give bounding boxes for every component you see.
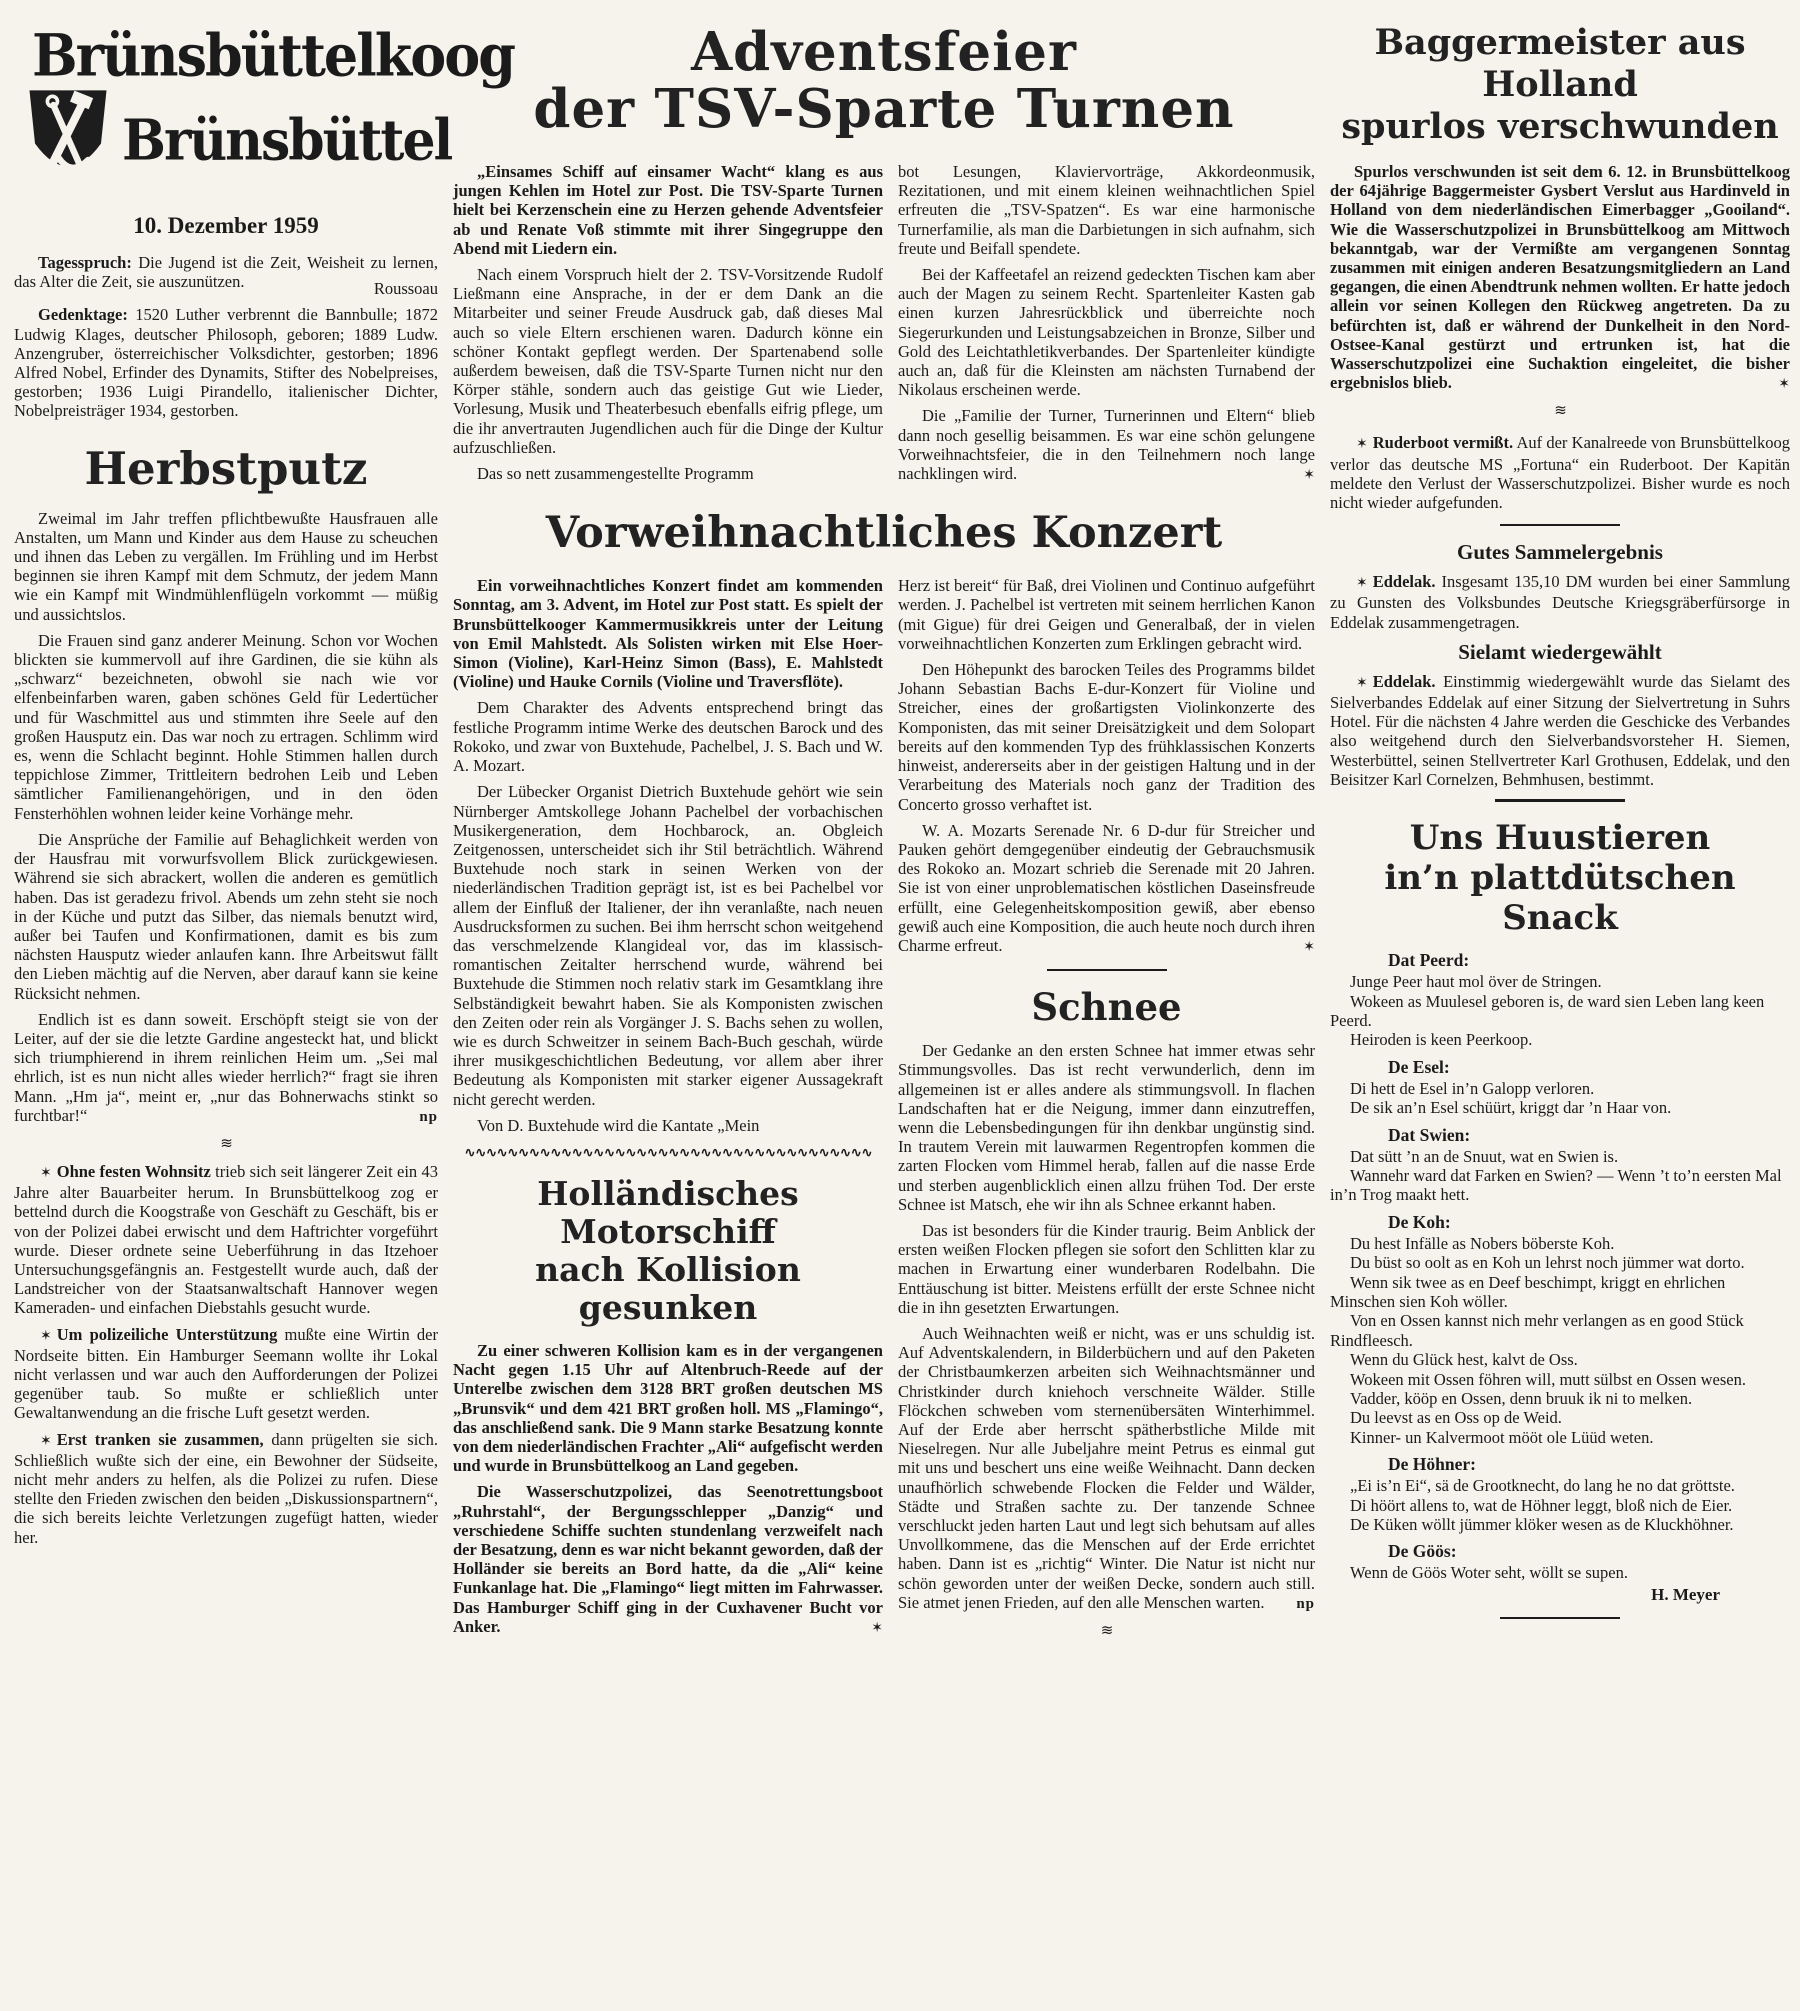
right-column: Baggermeister aus Holland spurlos versch…: [1330, 16, 1790, 2011]
plattdeutsch-line: Wenn sik twee as en Deef beschimpt, krig…: [1330, 1273, 1790, 1312]
adventsfeier-lead: „Einsames Schiff auf einsamer Wacht“ kla…: [453, 162, 883, 258]
sammelergebnis-headline: Gutes Sammelergebnis: [1330, 540, 1790, 564]
motorschiff-paragraph: Die Wasserschutzpolizei, das Seenotrettu…: [453, 1482, 883, 1636]
schnee-paragraph: Auch Weihnachten weiß er nicht, was er u…: [898, 1324, 1315, 1612]
konzert-paragraph: Den Höhepunkt des barocken Teiles des Pr…: [898, 660, 1315, 814]
note-lead: Erst tranken sie zusammen,: [57, 1430, 264, 1449]
news-note: ✶Ohne festen Wohnsitz trieb sich seit lä…: [14, 1162, 438, 1318]
note-lead: Ruderboot vermißt.: [1373, 433, 1513, 452]
squiggle-divider: ≋: [1330, 401, 1790, 419]
plattdeutsch-section: Dat Peerd: Junge Peer haut mol över de S…: [1330, 950, 1790, 1619]
note-lead: Eddelak.: [1373, 572, 1436, 591]
star-icon: ✶: [871, 1620, 883, 1636]
baggermeister-headline: Baggermeister aus Holland spurlos versch…: [1330, 22, 1790, 148]
sielamt-headline: Sielamt wiedergewählt: [1330, 640, 1790, 664]
star-icon: ✶: [1354, 575, 1373, 591]
sielamt-paragraph: ✶Eddelak. Einstimmig wiedergewählt wurde…: [1330, 672, 1790, 789]
plattdeutsch-subhead: De Göös:: [1330, 1541, 1790, 1561]
plattdeutsch-line: De sik an’n Esel schüürt, kriggt dar ’n …: [1330, 1098, 1790, 1117]
plattdeutsch-line: Du hest Infälle as Nobers böberste Koh.: [1330, 1234, 1790, 1253]
adventsfeier-paragraph: Das so nett zusammengestellte Programm: [453, 464, 883, 483]
konzert-paragraph: Herz ist bereit“ für Baß, drei Violinen …: [898, 576, 1315, 653]
ruderboot-note: ✶Ruderboot vermißt. Auf der Kanalreede v…: [1330, 433, 1790, 512]
article-end-star: ✶: [453, 1617, 883, 1638]
dateline: 10. Dezember 1959: [14, 213, 438, 239]
plattdeutsch-line: Von en Ossen kannst nich mehr verlangen …: [1330, 1311, 1790, 1350]
schnee-paragraph: Das ist besonders für die Kinder traurig…: [898, 1221, 1315, 1317]
schnee-paragraph: Der Gedanke an den ersten Schnee hat imm…: [898, 1041, 1315, 1214]
plattdeutsch-line: Du leevst as en Oss op de Weid.: [1330, 1408, 1790, 1427]
schnee-headline: Schnee: [898, 987, 1315, 1027]
plattdeutsch-subhead: De Koh:: [1330, 1212, 1790, 1232]
star-icon: ✶: [1778, 376, 1790, 392]
plattdeutsch-line: Dat sütt ’n an de Snuut, wat en Swien is…: [1330, 1147, 1790, 1166]
section-rule: [1495, 799, 1625, 802]
note-lead: Um polizeiliche Unterstützung: [57, 1325, 278, 1344]
konzert-and-below: Ein vorweihnachtliches Konzert findet am…: [453, 576, 1315, 1649]
star-icon: ✶: [38, 1328, 57, 1344]
adventsfeier-col-b: bot Lesungen, Klaviervorträge, Akkordeon…: [898, 162, 1315, 492]
plattdeutsch-line: Wokeen as Muulesel geboren is, de ward s…: [1330, 992, 1790, 1031]
konzert-paragraph: W. A. Mozarts Serenade Nr. 6 D-dur für S…: [898, 821, 1315, 955]
star-icon: ✶: [1354, 675, 1373, 691]
herbstputz-paragraph: Die Ansprüche der Familie auf Behaglichk…: [14, 830, 438, 1003]
konzert-col-a: Ein vorweihnachtliches Konzert findet am…: [453, 576, 883, 1649]
center-section: Adventsfeier der TSV-Sparte Turnen „Eins…: [453, 16, 1315, 2011]
konzert-headline: Vorweihnachtliches Konzert: [453, 510, 1315, 556]
star-icon: ✶: [38, 1165, 57, 1181]
crest-anchor-hammer-icon: [24, 86, 112, 195]
adventsfeier-paragraph: Nach einem Vorspruch hielt der 2. TSV-Vo…: [453, 265, 883, 457]
section-rule: [1500, 524, 1620, 526]
plattdeutsch-line: Junge Peer haut mol över de Stringen.: [1330, 972, 1790, 991]
plattdeutsch-line: Wenn du Glück hest, kalvt de Oss.: [1330, 1350, 1790, 1369]
star-icon: ✶: [1303, 467, 1315, 483]
star-icon: ✶: [1354, 436, 1373, 452]
note-lead: Ohne festen Wohnsitz: [57, 1162, 211, 1181]
squiggle-divider: ≋: [898, 1621, 1315, 1639]
adventsfeier-headline: Adventsfeier der TSV-Sparte Turnen: [453, 24, 1315, 138]
plattdeutsch-line: „Ei is’n Ei“, sä de Grootknecht, do lang…: [1330, 1476, 1790, 1495]
herbstputz-paragraph: Die Frauen sind ganz anderer Meinung. Sc…: [14, 631, 438, 823]
plattdeutsch-line: De Küken wöllt jümmer klöker wesen as de…: [1330, 1515, 1790, 1534]
plattdeutsch-line: Kinner- un Kalvermoot mööt ole Lüüd wete…: [1330, 1428, 1790, 1447]
plattdeutsch-line: Du büst so oolt as en Koh un lehrst noch…: [1330, 1253, 1790, 1272]
newspaper-page: Brünsbüttelkoog Brünsb: [0, 0, 1800, 2011]
motorschiff-paragraph: Zu einer schweren Kollision kam es in de…: [453, 1341, 883, 1475]
sammelergebnis-paragraph: ✶Eddelak. Insgesamt 135,10 DM wurden bei…: [1330, 572, 1790, 632]
konzert-paragraph: Der Lübecker Organist Dietrich Buxtehude…: [453, 782, 883, 1108]
konzert-paragraph: Von D. Buxtehude wird die Kantate „Mein: [453, 1116, 883, 1135]
masthead-title-line2: Brünsbüttel: [122, 112, 451, 168]
adventsfeier-paragraph: Bei der Kaffeetafel an reizend gedeckten…: [898, 265, 1315, 399]
huustieren-byline: H. Meyer: [1330, 1585, 1790, 1605]
plattdeutsch-subhead: Dat Peerd:: [1330, 950, 1790, 970]
adventsfeier-col-a: „Einsames Schiff auf einsamer Wacht“ kla…: [453, 162, 883, 492]
gedenktage: Gedenktage: 1520 Luther verbrennt die Ba…: [14, 305, 438, 420]
herbstputz-paragraph: Zweimal im Jahr treffen pflichtbewußte H…: [14, 509, 438, 624]
squiggle-divider: ≋: [14, 1134, 438, 1152]
plattdeutsch-line: Di hett de Esel in’n Galopp verloren.: [1330, 1079, 1790, 1098]
left-column: Brünsbüttelkoog Brünsb: [14, 16, 438, 2011]
konzert-col-b: Herz ist bereit“ für Baß, drei Violinen …: [898, 576, 1315, 1649]
news-note: ✶Um polizeiliche Unterstützung mußte ein…: [14, 1325, 438, 1423]
plattdeutsch-line: Vadder, kööp en Ossen, denn bruuk ik ni …: [1330, 1389, 1790, 1408]
plattdeutsch-line: Wenn de Göös Woter seht, wöllt se supen.: [1330, 1563, 1790, 1582]
note-lead: Eddelak.: [1373, 672, 1436, 691]
plattdeutsch-subhead: Dat Swien:: [1330, 1125, 1790, 1145]
gedenktage-label: Gedenktage:: [38, 305, 128, 324]
star-icon: ✶: [1303, 939, 1315, 955]
plattdeutsch-subhead: De Esel:: [1330, 1057, 1790, 1077]
section-rule: [1047, 969, 1167, 971]
huustieren-headline: Uns Huustieren in’n plattdütschen Snack: [1330, 818, 1790, 938]
star-icon: ✶: [38, 1433, 57, 1449]
konzert-lead: Ein vorweihnachtliches Konzert findet am…: [453, 576, 883, 691]
plattdeutsch-line: Heiroden is keen Peerkoop.: [1330, 1030, 1790, 1049]
plattdeutsch-line: Di höört allens to, wat de Höhner leggt,…: [1330, 1496, 1790, 1515]
tagesspruch-label: Tagesspruch:: [38, 253, 132, 272]
herbstputz-headline: Herbstputz: [14, 445, 438, 493]
motorschiff-headline: Holländisches Motorschiff nach Kollision…: [453, 1175, 883, 1327]
plattdeutsch-line: Wokeen mit Ossen föhren will, mutt sülbs…: [1330, 1370, 1790, 1389]
rope-divider: ∿∿∿∿∿∿∿∿∿∿∿∿∿∿∿∿∿∿∿∿∿∿∿∿∿∿∿∿∿∿∿∿∿∿∿∿∿∿: [453, 1145, 883, 1161]
baggermeister-paragraph: Spurlos verschwunden ist seit dem 6. 12.…: [1330, 162, 1790, 392]
adventsfeier-paragraph: bot Lesungen, Klaviervorträge, Akkordeon…: [898, 162, 1315, 258]
konzert-paragraph: Dem Charakter des Advents entsprechend b…: [453, 698, 883, 775]
section-rule: [1500, 1617, 1620, 1619]
news-note: ✶Erst tranken sie zusammen, dann prügelt…: [14, 1430, 438, 1547]
plattdeutsch-line: Wannehr ward dat Farken en Swien? — Wenn…: [1330, 1166, 1790, 1205]
plattdeutsch-subhead: De Höhner:: [1330, 1454, 1790, 1474]
adventsfeier-article: „Einsames Schiff auf einsamer Wacht“ kla…: [453, 162, 1315, 492]
masthead-title-line1: Brünsbüttelkoog: [32, 26, 438, 84]
masthead: Brünsbüttelkoog Brünsb: [18, 26, 438, 195]
